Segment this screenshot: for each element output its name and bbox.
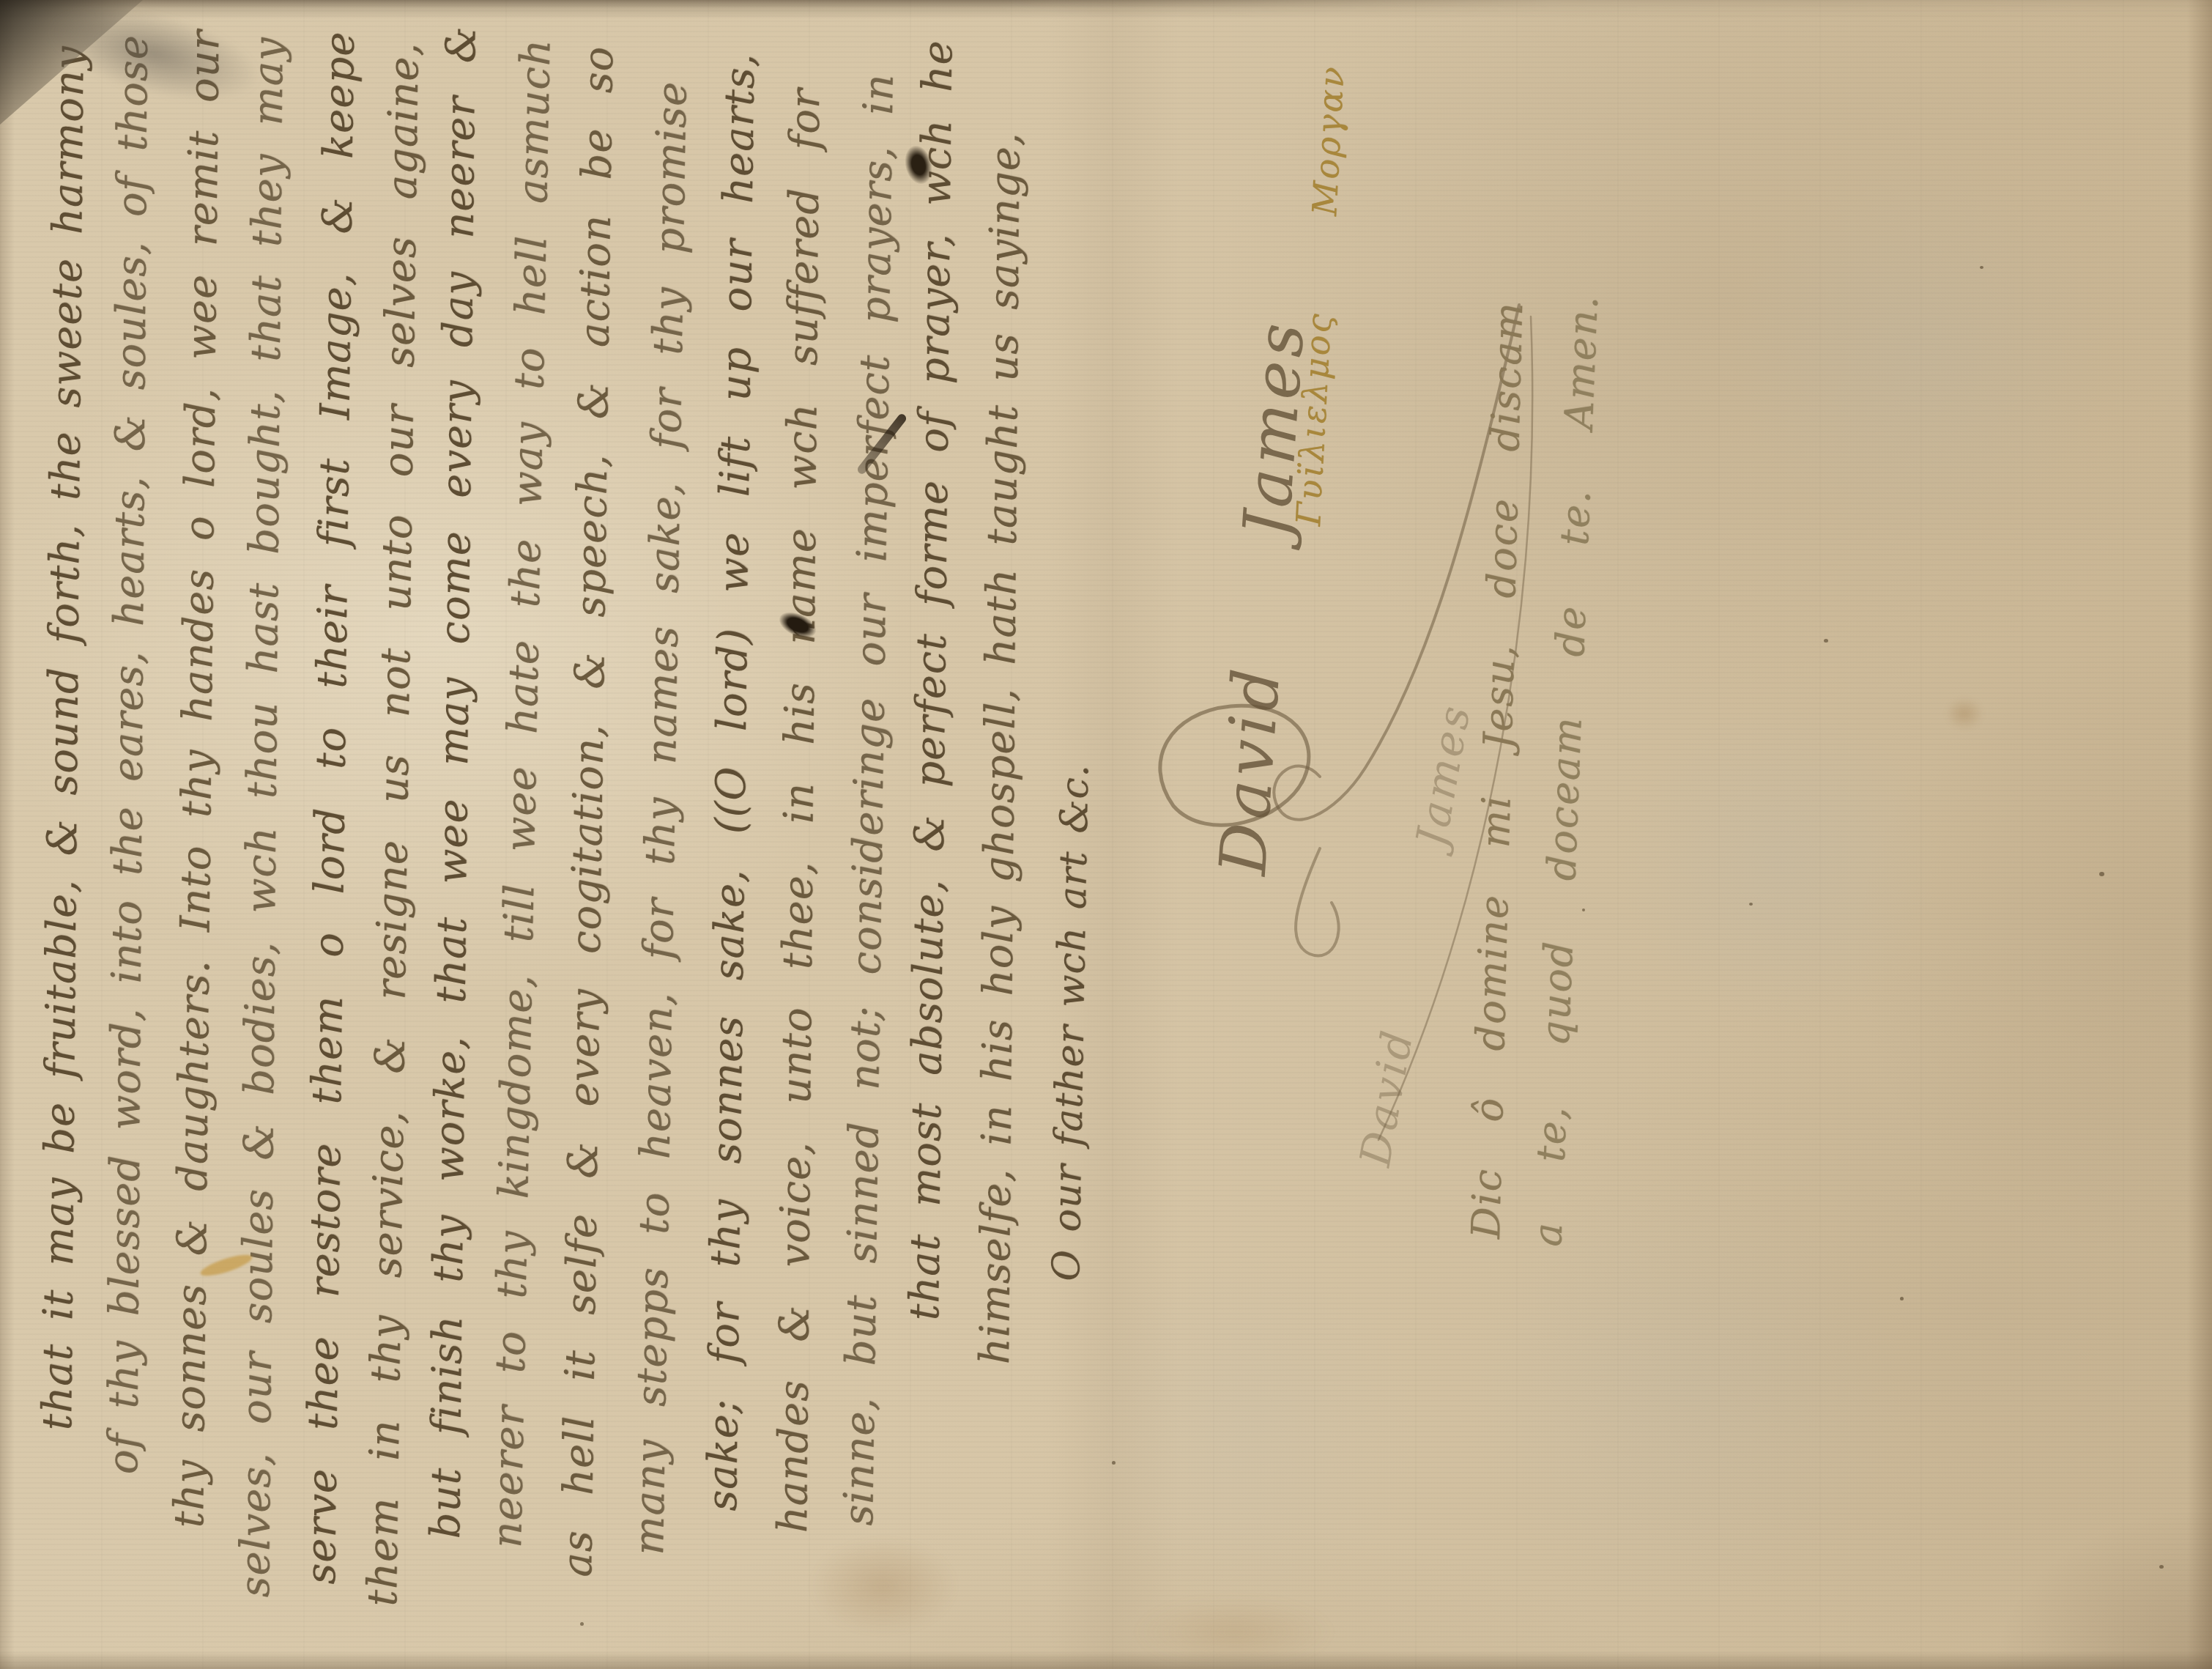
manuscript-line: O our father wch art &c.	[1036, 763, 1114, 1282]
page-edge-bottom	[0, 1651, 2212, 1669]
paper-speck	[580, 1622, 584, 1626]
page-edge-left	[0, 0, 15, 1669]
manuscript-line: that most absolute, & perfect forme of p…	[895, 40, 977, 1321]
corner-shadow	[1992, 1508, 2212, 1669]
paper-speck	[2099, 872, 2104, 876]
paper-speck	[1582, 908, 1585, 911]
foxing-spot	[1945, 697, 1983, 730]
paper-speck	[1824, 639, 1828, 643]
manuscript-line: himselfe, in his holy ghospell, hath tau…	[965, 132, 1045, 1365]
paper-speck	[1112, 1461, 1116, 1465]
manuscript-page: that it may be fruitable, & sound forth,…	[0, 0, 2212, 1669]
greek-inscription: Γυϊλιελμος Μοργαν	[1286, 64, 1362, 528]
paper-stain	[810, 1539, 957, 1634]
paper-speck	[1749, 903, 1753, 906]
page-edge-right	[2187, 0, 2212, 1669]
book-edge-top	[0, 0, 2212, 19]
paper-speck	[1980, 266, 1983, 269]
paper-speck	[1900, 1297, 1904, 1300]
manuscript-line: of thy blessed word, into the eares, hea…	[94, 34, 173, 1475]
